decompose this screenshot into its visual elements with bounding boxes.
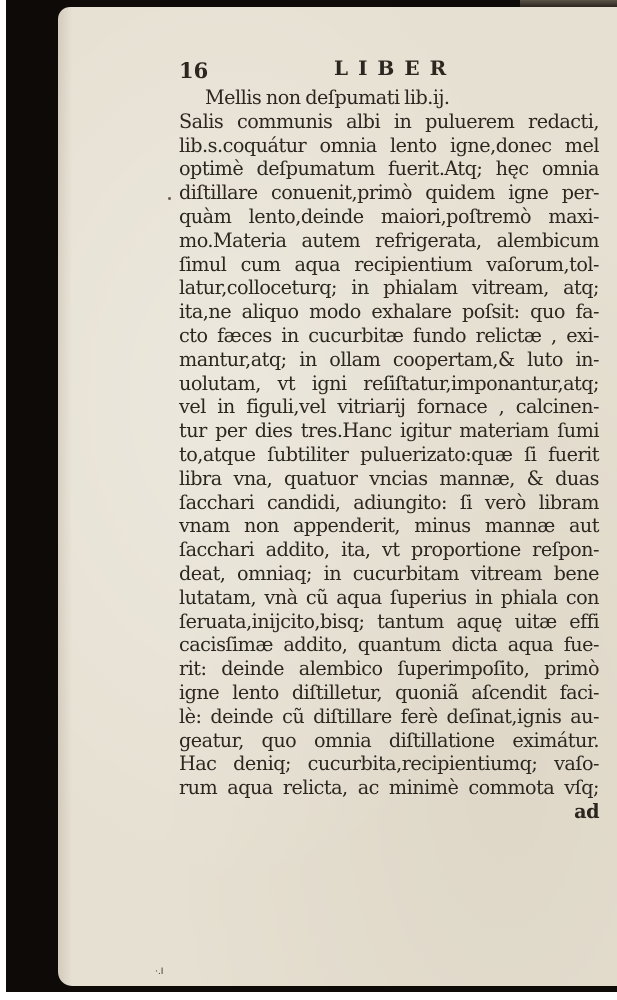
text-line: ſacchari addito, ita, vt proportione reſ… xyxy=(179,538,599,562)
text-line: tur per dies tres.Hanc igitur materiam ſ… xyxy=(179,419,599,443)
text-line: ſimul cum aqua recipientium vaſorum,tol- xyxy=(179,253,599,277)
catchword: ad xyxy=(179,800,599,824)
text-line: cto fæces in cucurbitæ fundo relictæ , e… xyxy=(179,324,599,348)
signature-mark: ·.I xyxy=(155,967,163,977)
text-line: Hac deniq; cucurbita,recipientiumq; vaſo… xyxy=(179,752,599,776)
text-line: to,atque ſubtiliter puluerizato:quæ ſi f… xyxy=(179,443,599,467)
text-line: diſtillare conuenit,primò quidem igne pe… xyxy=(179,181,599,205)
text-line: rum aqua relicta, ac minimè commota vſq; xyxy=(179,776,599,800)
text-line: geatur, quo omnia diſtillatione eximátur… xyxy=(179,729,599,753)
text-line: ſeruata,inijcito,bisq; tantum aquę uitæ … xyxy=(179,610,599,634)
ink-speck xyxy=(168,197,171,200)
page-number: 16 xyxy=(179,58,208,83)
text-line: quàm lento,deinde maiori,poſtremò maxi- xyxy=(179,205,599,229)
text-line: libra vna, quatuor vncias mannæ, & duas xyxy=(179,467,599,491)
text-line: Salis communis albi in puluerem redacti, xyxy=(179,110,599,134)
text-line: Mellis non deſpumati lib.ij. xyxy=(179,86,599,110)
text-line: rit: deinde alembico ſuperimpoſito, prim… xyxy=(179,657,599,681)
text-line: latur,colloceturq; in phialam vitream, a… xyxy=(179,276,599,300)
running-head-title: LIBER xyxy=(334,56,456,80)
text-line: mantur,atq; in ollam coopertam,& luto in… xyxy=(179,348,599,372)
text-line: lutatam, vnà cũ aqua ſuperius in phiala … xyxy=(179,586,599,610)
text-line: vel in figuli,vel vitriarij fornace , ca… xyxy=(179,395,599,419)
page-text-block: 16 LIBER Mellis non deſpumati lib.ij. Sa… xyxy=(179,56,599,824)
text-line: cacisſimæ addito, quantum dicta aqua fue… xyxy=(179,633,599,657)
text-line: ſacchari candidi, adiungito: ſi verò lib… xyxy=(179,491,599,515)
text-line: ita,ne aliquo modo exhalare poſsit: quo … xyxy=(179,300,599,324)
text-line: optimè deſpumatum fuerit.Atq; hęc omnia xyxy=(179,157,599,181)
text-line: mo.Materia autem refrigerata, alembicum xyxy=(179,229,599,253)
text-line: igne lento diſtilletur, quoniã aſcendit … xyxy=(179,681,599,705)
text-line: deat, omniaq; in cucurbitam vitream bene xyxy=(179,562,599,586)
running-head: 16 LIBER xyxy=(179,56,599,86)
page-top-edge xyxy=(520,0,617,7)
text-line: lib.s.coquátur omnia lento igne,donec me… xyxy=(179,134,599,158)
text-line: uolutam, vt igni reſiſtatur,imponantur,a… xyxy=(179,372,599,396)
text-line: lè: deinde cũ diſtillare ferè deſinat,ig… xyxy=(179,705,599,729)
text-line: vnam non appenderit, minus mannæ aut xyxy=(179,514,599,538)
